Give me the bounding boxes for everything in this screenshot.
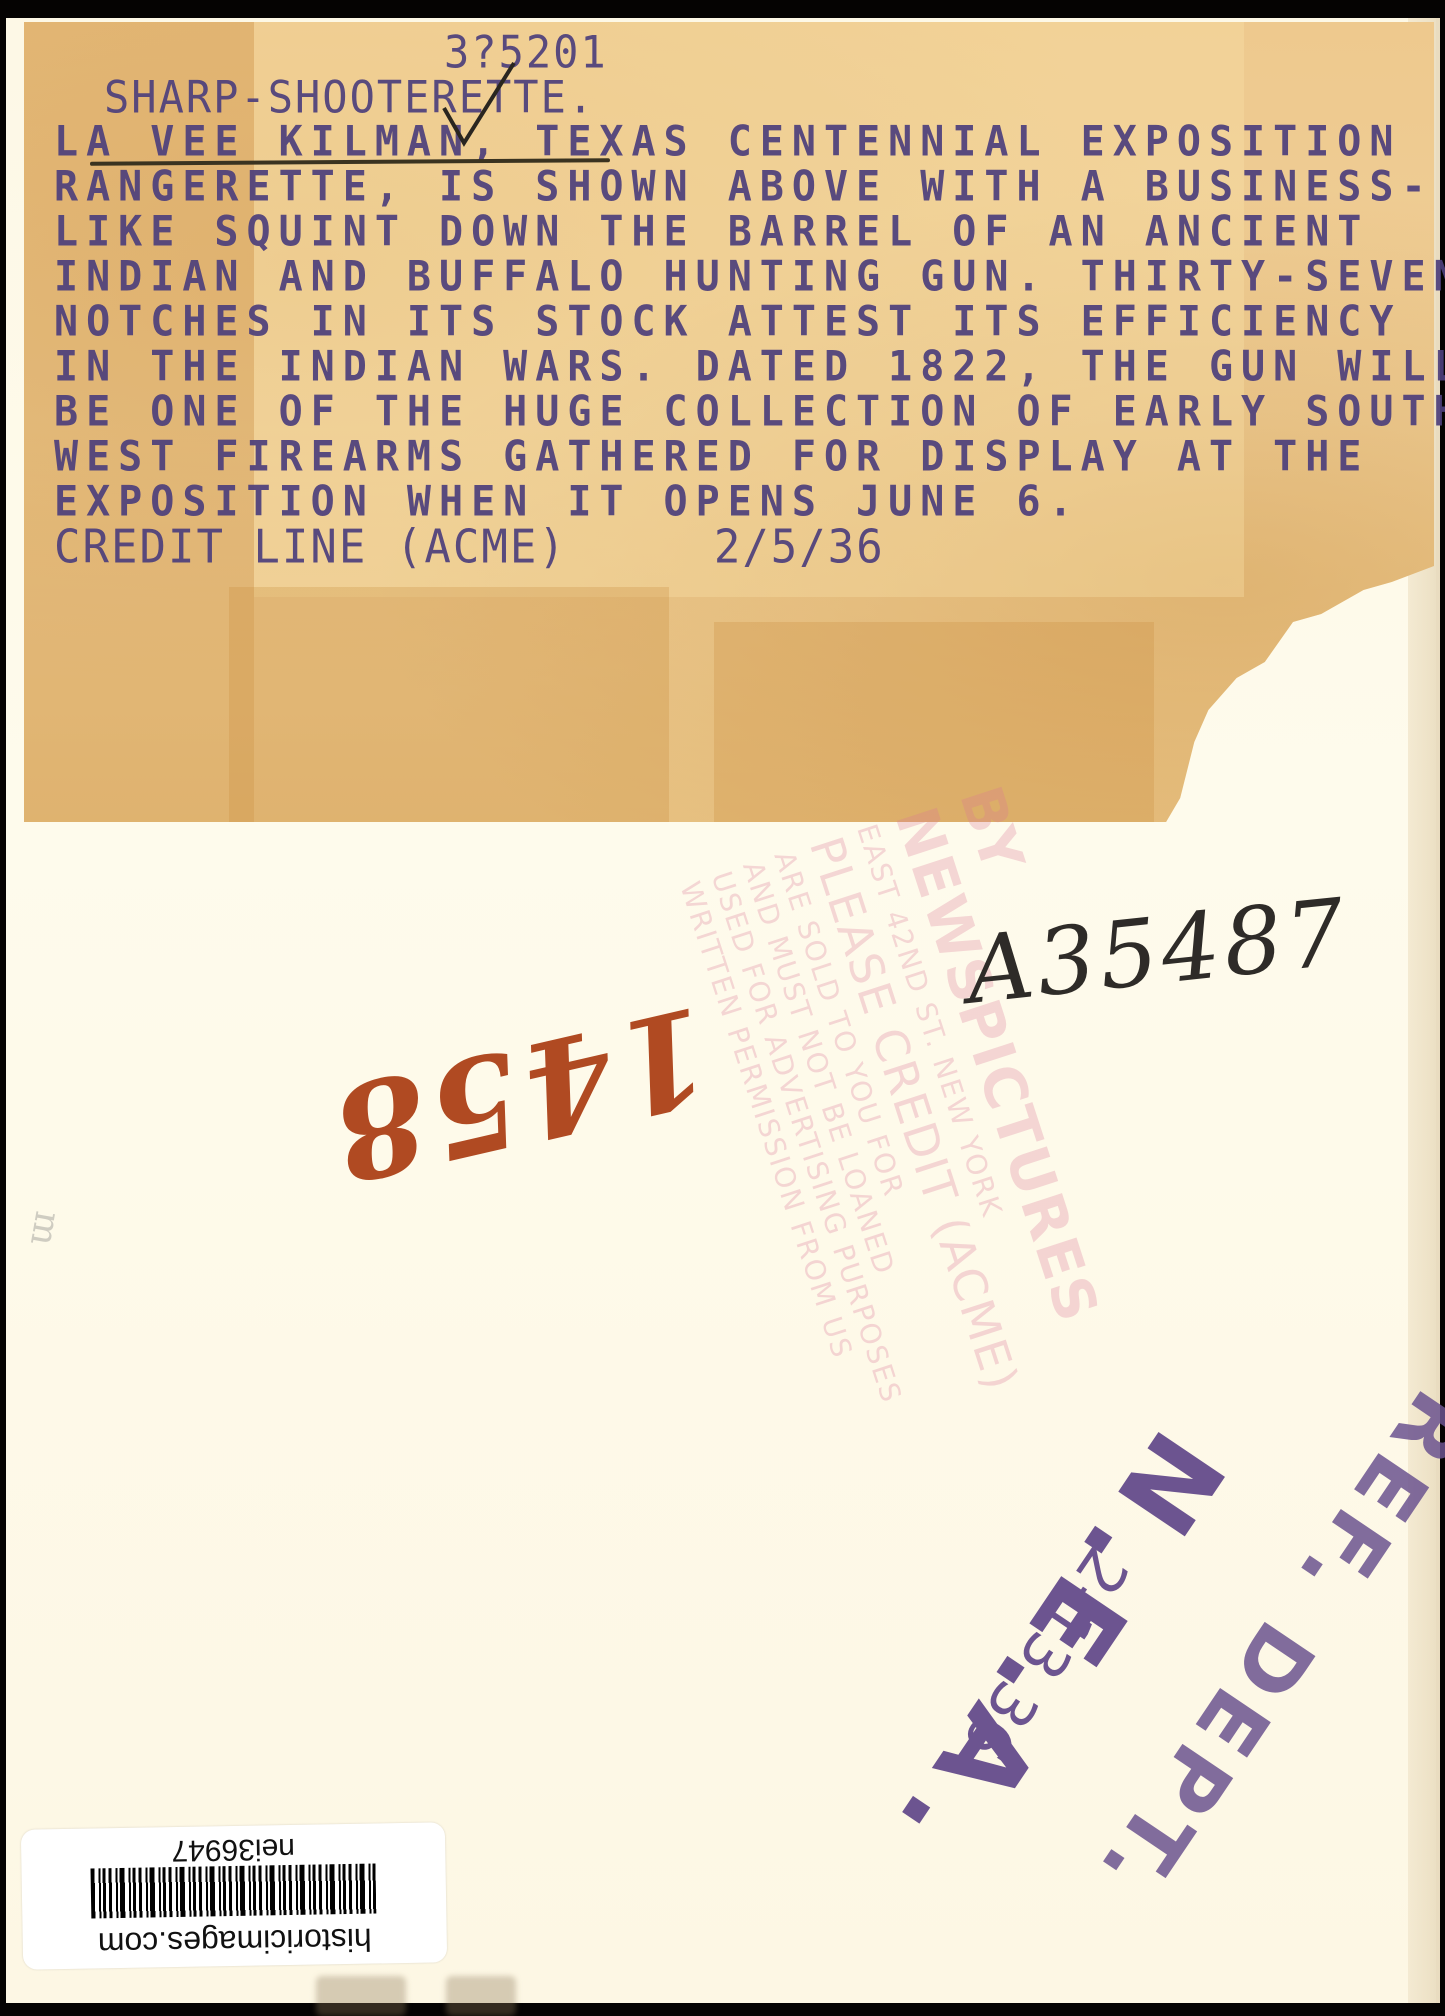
check-mark-icon [434, 58, 524, 148]
caption-date: 2/5/36 [714, 521, 885, 575]
caption-line: RANGERETTE, IS SHOWN ABOVE WITH A BUSINE… [54, 164, 1434, 211]
barcode-code: nei36947 [21, 1828, 446, 1869]
smudge [446, 1976, 516, 2016]
faint-pencil-mark: m [22, 1208, 68, 1249]
caption-line: LA VEE KILMAN, TEXAS CENTENNIAL EXPOSITI… [54, 119, 1434, 166]
caption-title: SHARP-SHOOTERETTE. [54, 74, 1434, 121]
tape-strip-bottom-left [229, 587, 669, 822]
barcode-label: historicimages.com nei36947 [21, 1822, 447, 1969]
barcode-site: historicimages.com [23, 1919, 448, 1963]
caption-line: NOTCHES IN ITS STOCK ATTEST ITS EFFICIEN… [54, 299, 1434, 346]
smudge [316, 1976, 406, 2016]
caption-line: WEST FIREARMS GATHERED FOR DISPLAY AT TH… [54, 434, 1434, 481]
photo-back: 3?5201 SHARP-SHOOTERETTE. LA VEE KILMAN,… [6, 18, 1440, 2003]
ref-dept-stamp: REF. DEPT. 2-13 36 N.E.A. [866, 1468, 1386, 1888]
caption-text: 3?5201 SHARP-SHOOTERETTE. LA VEE KILMAN,… [54, 30, 1434, 570]
barcode-icon [90, 1864, 376, 1919]
credit-line: CREDIT LINE (ACME) [54, 521, 567, 575]
caption-line: EXPOSITION WHEN IT OPENS JUNE 6. [54, 479, 1434, 526]
caption-line: BE ONE OF THE HUGE COLLECTION OF EARLY S… [54, 389, 1434, 436]
tape-strip-bottom-right [714, 622, 1154, 822]
caption-line: INDIAN AND BUFFALO HUNTING GUN. THIRTY-S… [54, 254, 1434, 301]
credit-line-row: CREDIT LINE (ACME) 2/5/36 [54, 524, 1434, 571]
caption-line: LIKE SQUINT DOWN THE BARREL OF AN ANCIEN… [54, 209, 1434, 256]
caption-line: IN THE INDIAN WARS. DATED 1822, THE GUN … [54, 344, 1434, 391]
